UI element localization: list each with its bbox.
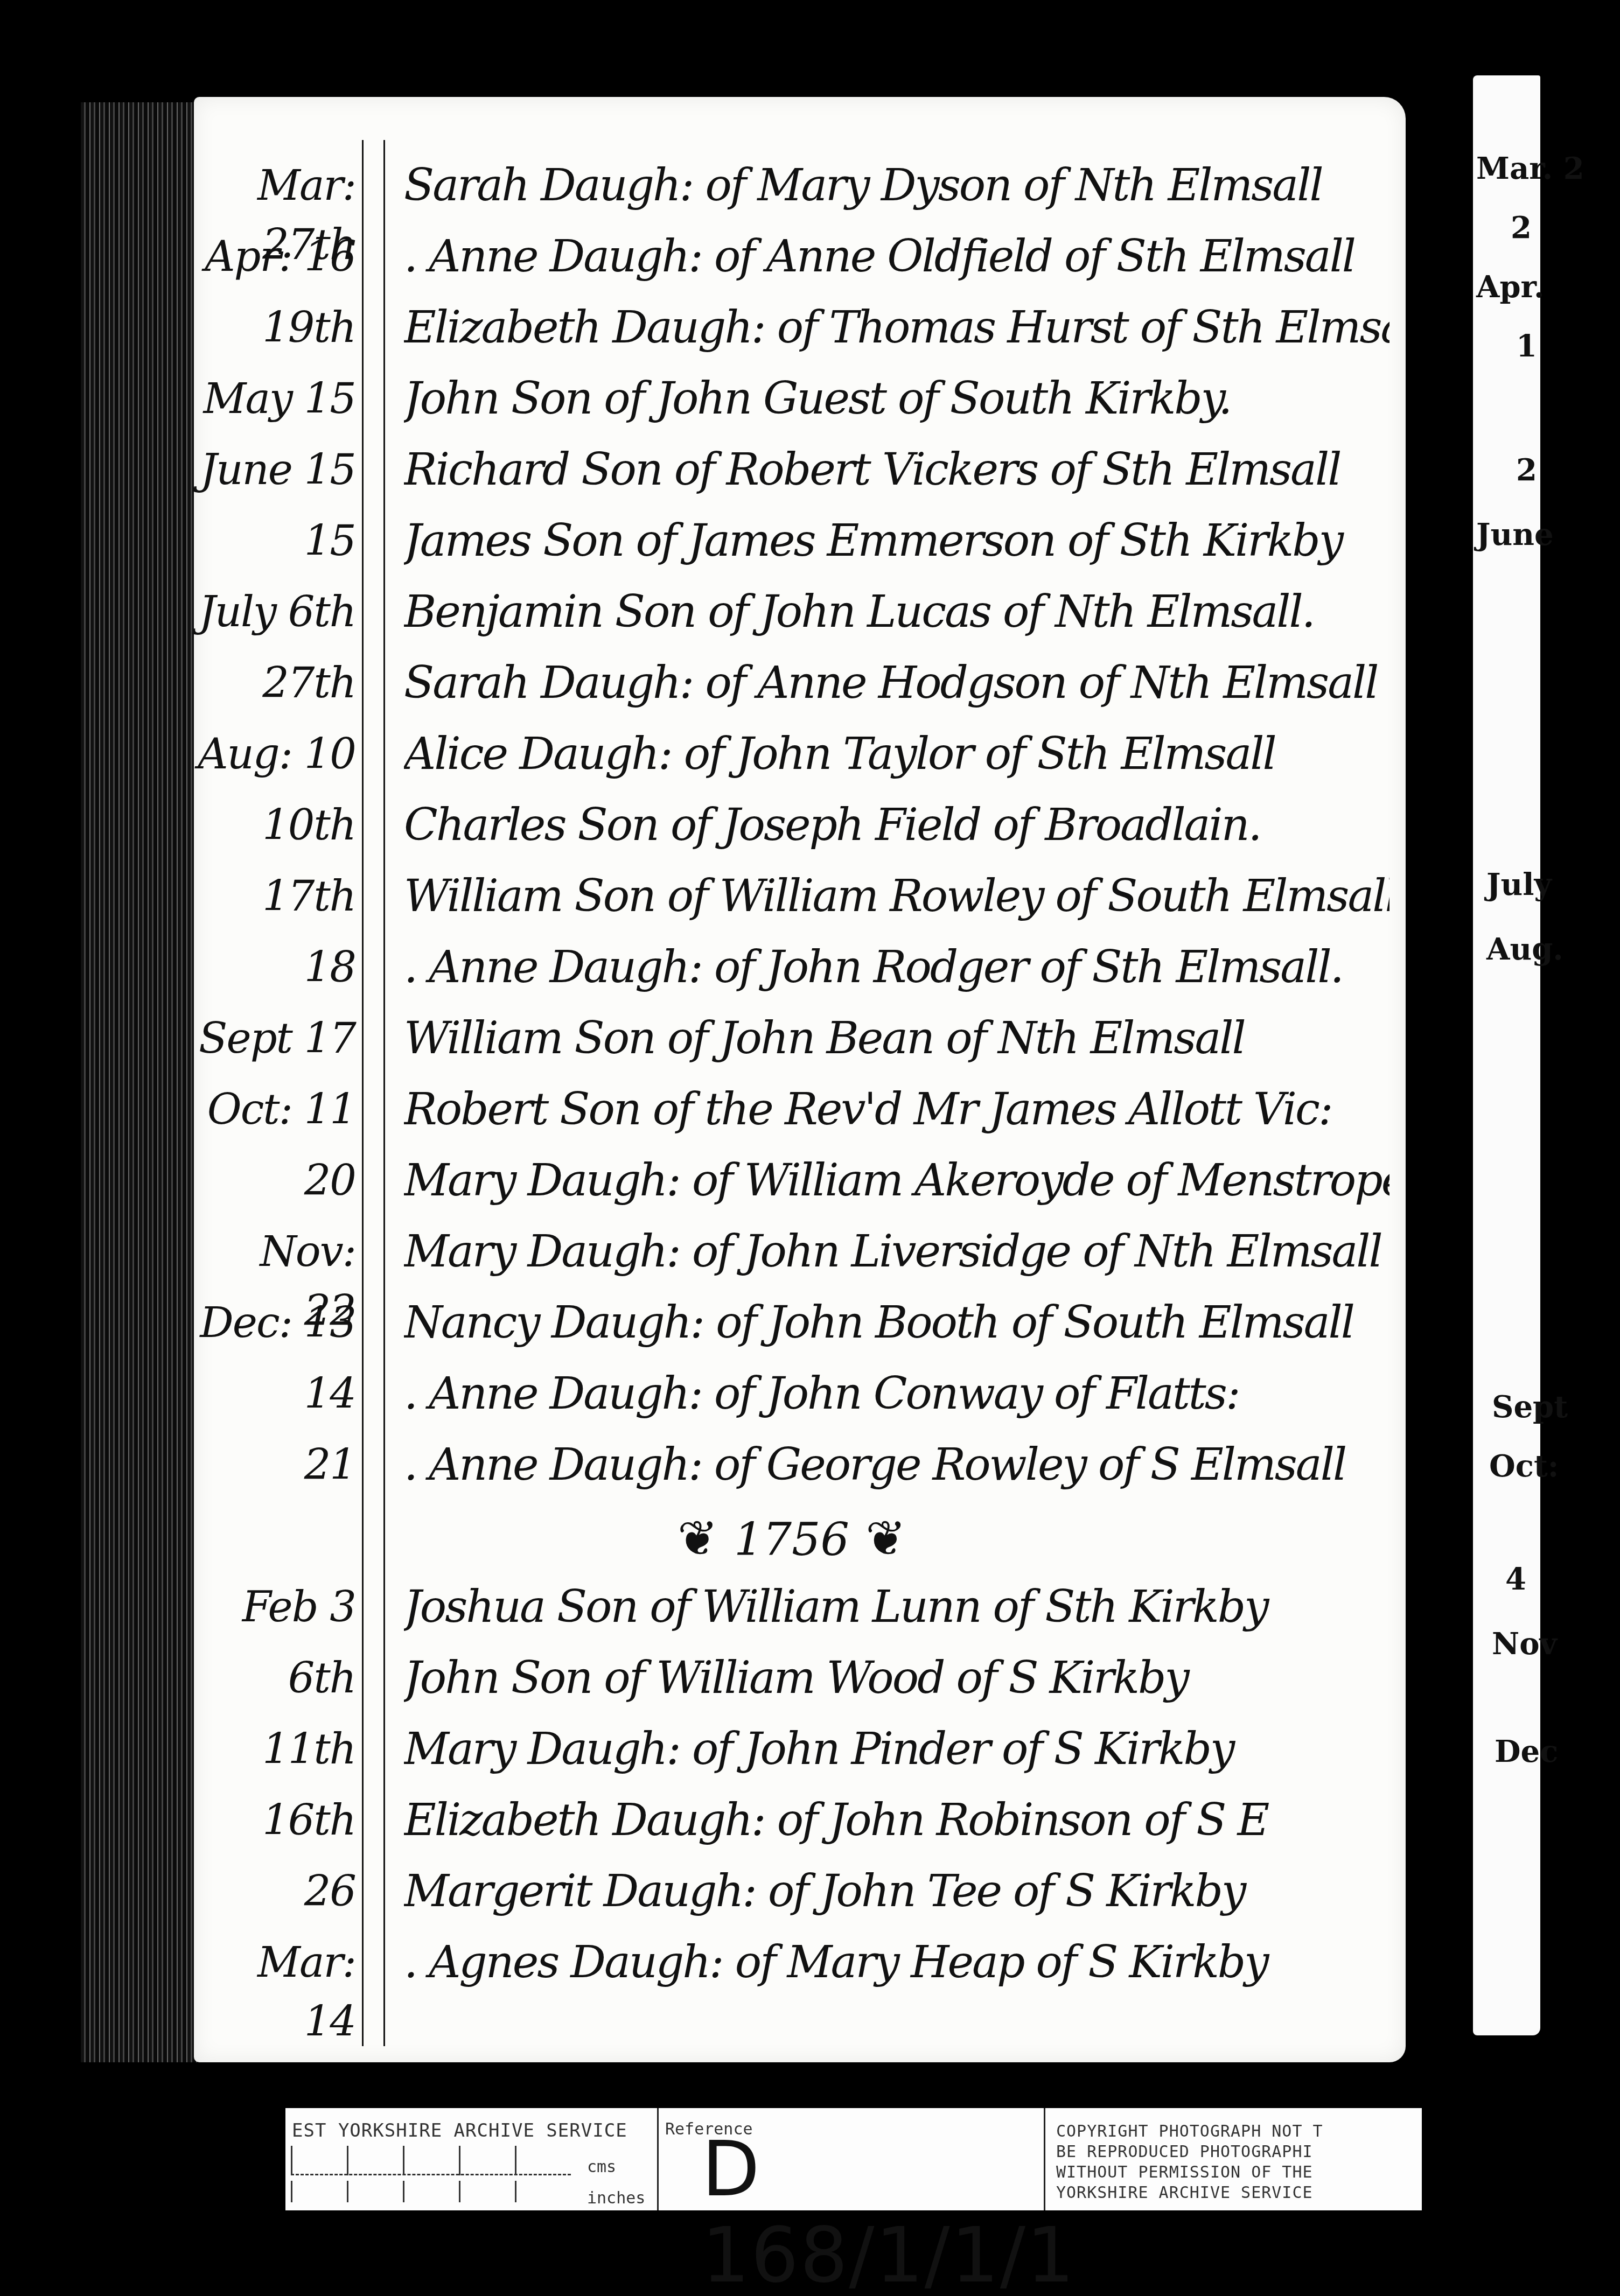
scale-unit-inches: inches [587, 2189, 645, 2208]
entry-date: Dec: 13 [197, 1293, 355, 1353]
entry-date: July 6th [197, 583, 355, 642]
entry-date: Apr: 16 [197, 227, 355, 286]
register-entry: 10thCharles Son of Joseph Field of Broad… [194, 796, 1389, 867]
register-entry: 16thElizabeth Daugh: of John Robinson of… [194, 1791, 1389, 1862]
register-entry: Feb 3Joshua Son of William Lunn of Sth K… [194, 1578, 1389, 1649]
book-spine-edge [81, 102, 205, 2062]
entry-text: . Agnes Daugh: of Mary Heap of S Kirkby [404, 1933, 1389, 1992]
margin-date: Sept [1492, 1389, 1568, 1425]
entry-date: 11th [197, 1720, 355, 1779]
margin-date: Dec [1495, 1734, 1558, 1769]
entry-text: Nancy Daugh: of John Booth of South Elms… [404, 1293, 1389, 1353]
entry-date: May 15 [197, 369, 355, 429]
register-entry: Mar: 27thSarah Daugh: of Mary Dyson of N… [194, 156, 1389, 227]
register-page: Mar: 27thSarah Daugh: of Mary Dyson of N… [194, 97, 1406, 2062]
entry-text: Mary Daugh: of William Akeroyde of Menst… [404, 1151, 1389, 1210]
copyright-line: YORKSHIRE ARCHIVE SERVICE [1056, 2183, 1411, 2203]
entry-text: Sarah Daugh: of Mary Dyson of Nth Elmsal… [404, 156, 1389, 215]
margin-date: Apr. [1476, 269, 1544, 305]
register-entry: June 15Richard Son of Robert Vickers of … [194, 440, 1389, 512]
flourish-ornament-icon: ❦ [678, 1507, 718, 1571]
entry-text: . Anne Daugh: of Anne Oldfield of Sth El… [404, 227, 1389, 286]
entry-date: Mar: 14 [197, 1933, 355, 2052]
entry-text: Elizabeth Daugh: of John Robinson of S E [404, 1791, 1389, 1850]
register-entry: 14. Anne Daugh: of John Conway of Flatts… [194, 1364, 1389, 1436]
entry-date: 21 [197, 1436, 355, 1495]
register-entry: May 15John Son of John Guest of South Ki… [194, 369, 1389, 440]
register-entry: 11thMary Daugh: of John Pinder of S Kirk… [194, 1720, 1389, 1791]
entry-date: 17th [197, 867, 355, 926]
copyright-line: COPYRIGHT PHOTOGRAPH NOT T [1056, 2122, 1411, 2142]
entry-text: Sarah Daugh: of Anne Hodgson of Nth Elms… [404, 654, 1389, 713]
entry-date: 18 [197, 938, 355, 997]
entry-date: Feb 3 [197, 1578, 355, 1637]
entry-date: Sept 17 [197, 1009, 355, 1068]
entry-date: Oct: 11 [197, 1080, 355, 1139]
entry-text: Alice Daugh: of John Taylor of Sth Elmsa… [404, 725, 1389, 784]
reference-number: D 168/1/1/1 [702, 2127, 1076, 2296]
entry-date: 20 [197, 1151, 355, 1210]
entry-text: Mary Daugh: of John Pinder of S Kirkby [404, 1720, 1389, 1779]
entry-date: 19th [197, 298, 355, 358]
year-divider: ❦1756❦ [194, 1507, 1389, 1578]
margin-date: 2 [1511, 210, 1532, 246]
register-entry: 20Mary Daugh: of William Akeroyde of Men… [194, 1151, 1389, 1222]
register-entry: July 6thBenjamin Son of John Lucas of Nt… [194, 583, 1389, 654]
entry-text: . Anne Daugh: of George Rowley of S Elms… [404, 1436, 1389, 1495]
margin-date: 4 [1505, 1562, 1526, 1597]
inch-scale-ruler [291, 2181, 571, 2202]
register-entry: 15James Son of James Emmerson of Sth Kir… [194, 512, 1389, 583]
entry-text: William Son of John Bean of Nth Elmsall [404, 1009, 1389, 1068]
entry-date: 16th [197, 1791, 355, 1850]
entry-text: Robert Son of the Rev'd Mr James Allott … [404, 1080, 1389, 1139]
entry-text: Elizabeth Daugh: of Thomas Hurst of Sth … [404, 298, 1389, 358]
register-entry: 21. Anne Daugh: of George Rowley of S El… [194, 1436, 1389, 1507]
entry-date: 26 [197, 1862, 355, 1921]
adjacent-page-strip: Mar. 2 2 Apr. 1 2 June July Aug. Sept Oc… [1473, 75, 1540, 2035]
entry-text: John Son of William Wood of S Kirkby [404, 1649, 1389, 1708]
cm-scale-ruler [291, 2146, 571, 2175]
entry-date: June 15 [197, 440, 355, 500]
entry-text: Joshua Son of William Lunn of Sth Kirkby [404, 1578, 1389, 1637]
register-entry: Nov: 22Mary Daugh: of John Liversidge of… [194, 1222, 1389, 1293]
margin-date: Nov [1492, 1626, 1557, 1662]
entry-text: Mary Daugh: of John Liversidge of Nth El… [404, 1222, 1389, 1282]
entry-text: James Son of James Emmerson of Sth Kirkb… [404, 512, 1389, 571]
copyright-line: BE REPRODUCED PHOTOGRAPHI [1056, 2142, 1411, 2162]
copyright-notice: COPYRIGHT PHOTOGRAPH NOT T BE REPRODUCED… [1045, 2108, 1422, 2210]
entry-date: 27th [197, 654, 355, 713]
register-entry: Aug: 10Alice Daugh: of John Taylor of St… [194, 725, 1389, 796]
margin-date: Oct: [1489, 1448, 1559, 1484]
archive-scale-cell: EST YORKSHIRE ARCHIVE SERVICE cms inches [285, 2108, 659, 2210]
archive-service-name: EST YORKSHIRE ARCHIVE SERVICE [292, 2120, 627, 2141]
entry-date: 14 [197, 1364, 355, 1424]
scale-unit-cms: cms [587, 2158, 616, 2176]
register-entry: 18. Anne Daugh: of John Rodger of Sth El… [194, 938, 1389, 1009]
register-entry: 27thSarah Daugh: of Anne Hodgson of Nth … [194, 654, 1389, 725]
register-entry: 17thWilliam Son of William Rowley of Sou… [194, 867, 1389, 938]
year-label: 1756 [734, 1513, 849, 1566]
margin-date: 1 [1516, 328, 1537, 364]
baptism-entries: Mar: 27thSarah Daugh: of Mary Dyson of N… [194, 156, 1389, 2004]
margin-date: Aug. [1486, 932, 1563, 967]
margin-date: June [1476, 517, 1554, 552]
register-entry: Dec: 13Nancy Daugh: of John Booth of Sou… [194, 1293, 1389, 1364]
margin-date: 2 [1516, 452, 1537, 488]
entry-date: 10th [197, 796, 355, 855]
entry-text: John Son of John Guest of South Kirkby. [404, 369, 1389, 429]
margin-date: Mar. 2 [1476, 151, 1584, 186]
entry-date: Aug: 10 [197, 725, 355, 784]
reference-cell: Reference D 168/1/1/1 [659, 2108, 1045, 2210]
register-entry: 6thJohn Son of William Wood of S Kirkby [194, 1649, 1389, 1720]
copyright-line: WITHOUT PERMISSION OF THE [1056, 2162, 1411, 2183]
archive-reference-label: EST YORKSHIRE ARCHIVE SERVICE cms inches… [285, 2108, 1422, 2210]
entry-text: . Anne Daugh: of John Conway of Flatts: [404, 1364, 1389, 1424]
register-entry: 26Margerit Daugh: of John Tee of S Kirkb… [194, 1862, 1389, 1933]
entry-date: 6th [197, 1649, 355, 1708]
entry-date: 15 [197, 512, 355, 571]
register-entry: Apr: 16. Anne Daugh: of Anne Oldfield of… [194, 227, 1389, 298]
entry-text: William Son of William Rowley of South E… [404, 867, 1389, 926]
register-entry: Sept 17William Son of John Bean of Nth E… [194, 1009, 1389, 1080]
entry-text: Charles Son of Joseph Field of Broadlain… [404, 796, 1389, 855]
flourish-ornament-icon: ❦ [865, 1507, 906, 1571]
register-entry: Oct: 11Robert Son of the Rev'd Mr James … [194, 1080, 1389, 1151]
entry-text: . Anne Daugh: of John Rodger of Sth Elms… [404, 938, 1389, 997]
entry-text: Benjamin Son of John Lucas of Nth Elmsal… [404, 583, 1389, 642]
margin-date: July [1486, 867, 1552, 902]
entry-text: Margerit Daugh: of John Tee of S Kirkby [404, 1862, 1389, 1921]
register-entry: Mar: 14. Agnes Daugh: of Mary Heap of S … [194, 1933, 1389, 2004]
entry-text: Richard Son of Robert Vickers of Sth Elm… [404, 440, 1389, 500]
register-entry: 19thElizabeth Daugh: of Thomas Hurst of … [194, 298, 1389, 369]
